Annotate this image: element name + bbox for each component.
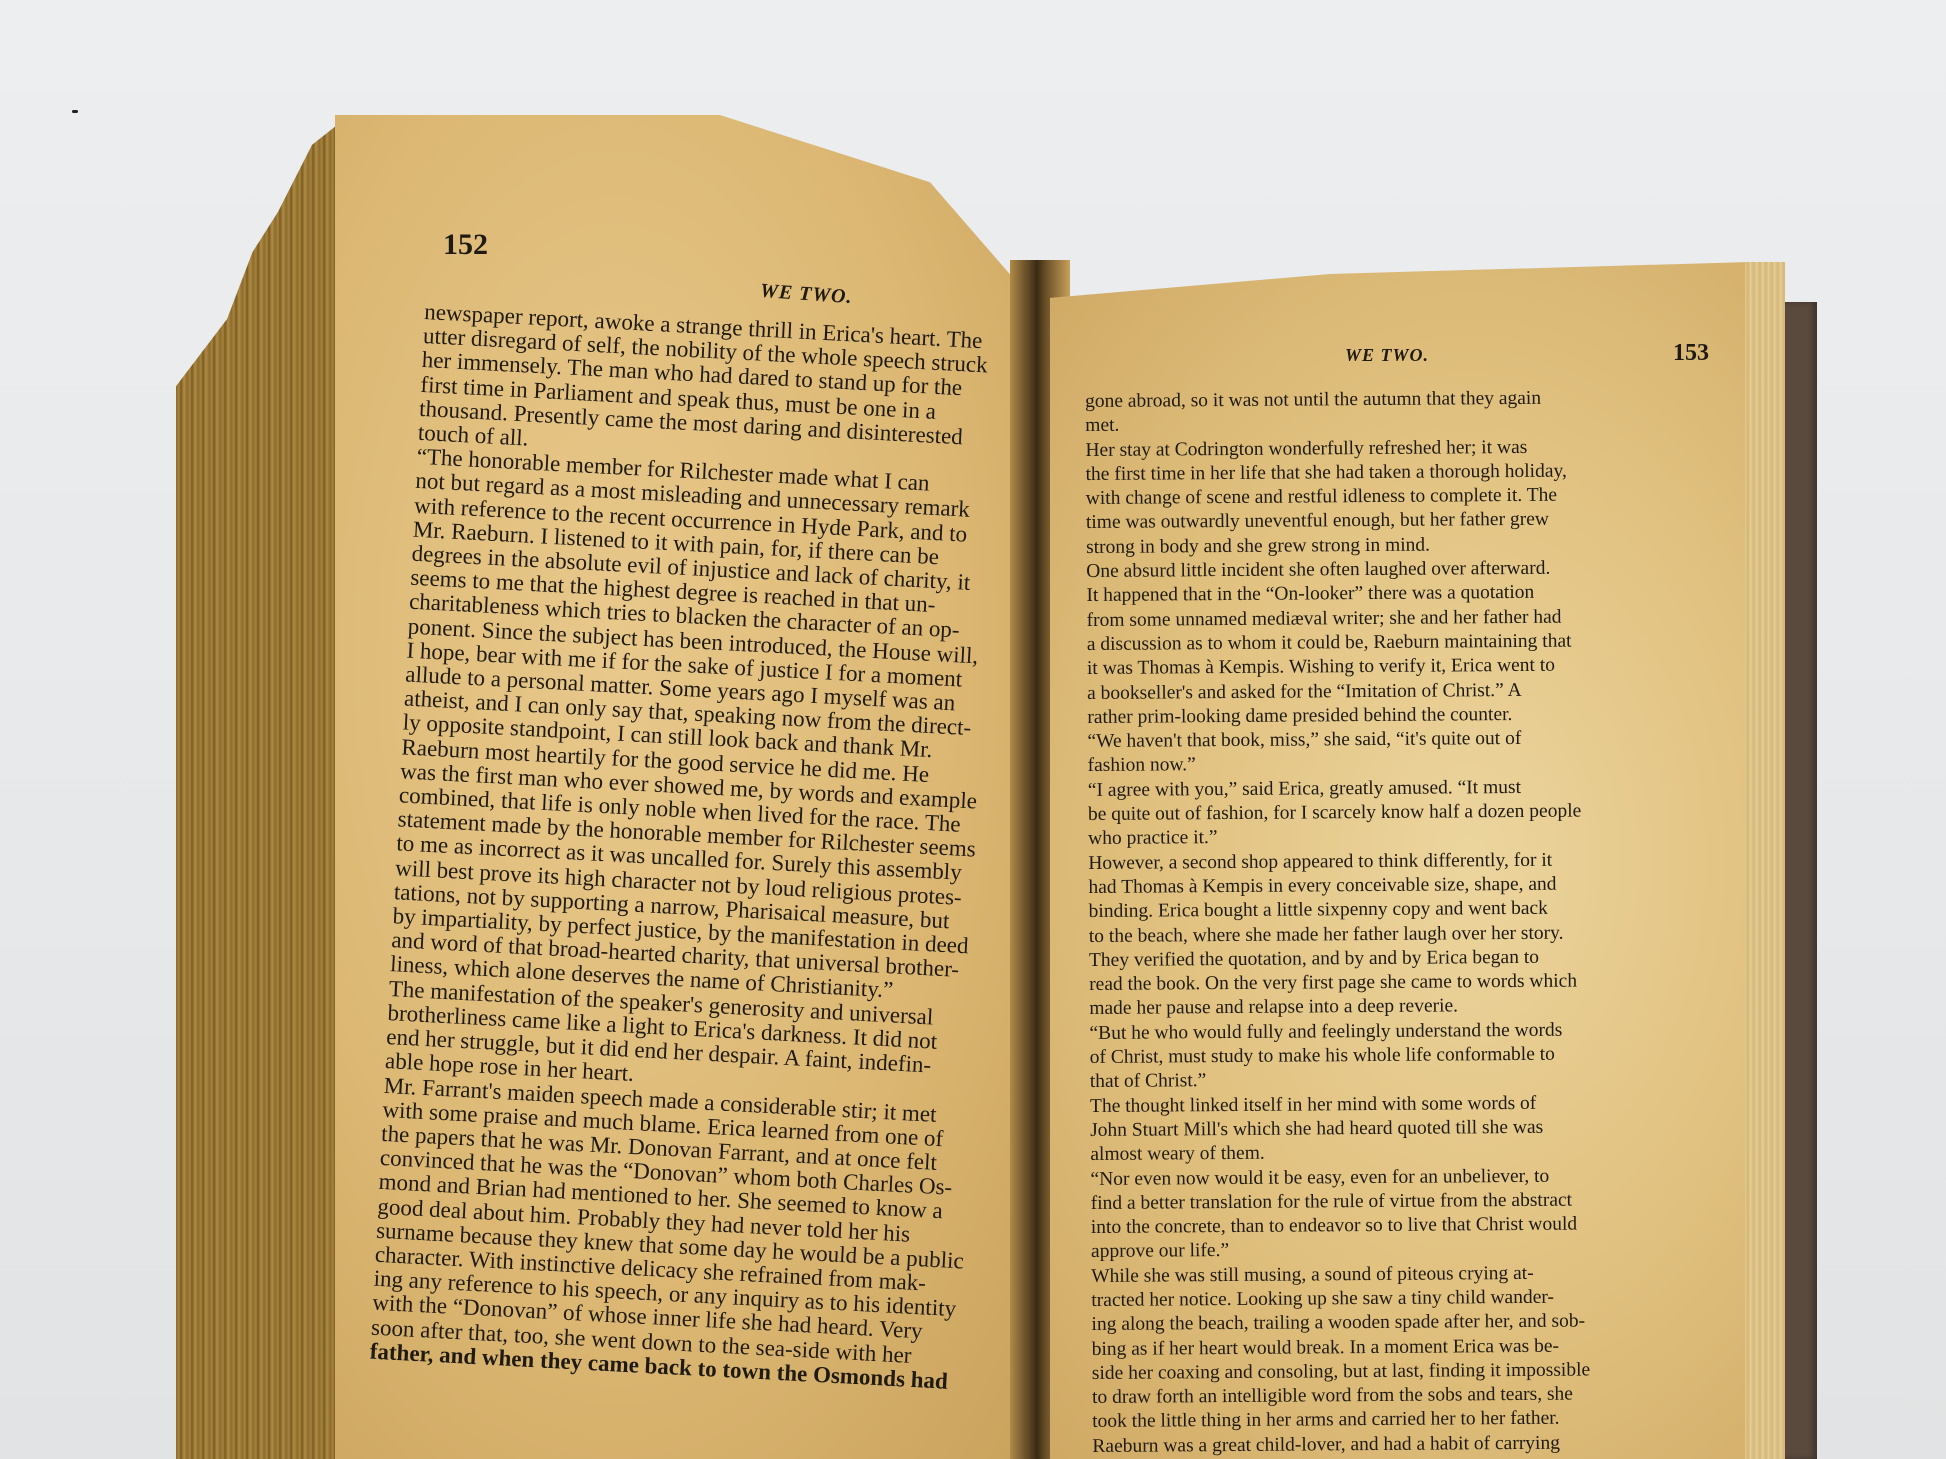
right-page-text: gone abroad, so it was not until the aut…: [1085, 386, 1722, 1459]
book-cover: [1785, 302, 1817, 1459]
right-running-head: WE TWO.: [1345, 345, 1429, 366]
right-page-number: 153: [1673, 340, 1709, 367]
text-line: Raeburn was a great child-lover, and had…: [1092, 1430, 1722, 1459]
left-page-block-edges: [176, 118, 346, 1459]
dust-speck: [72, 110, 78, 113]
book-photo: 152 WE TWO. newspaper report, awoke a st…: [0, 0, 1946, 1459]
left-page-number: 152: [443, 228, 488, 262]
left-page-text: newspaper report, awoke a strange thrill…: [369, 300, 1014, 1394]
right-page-block-edges: [1745, 262, 1785, 1459]
